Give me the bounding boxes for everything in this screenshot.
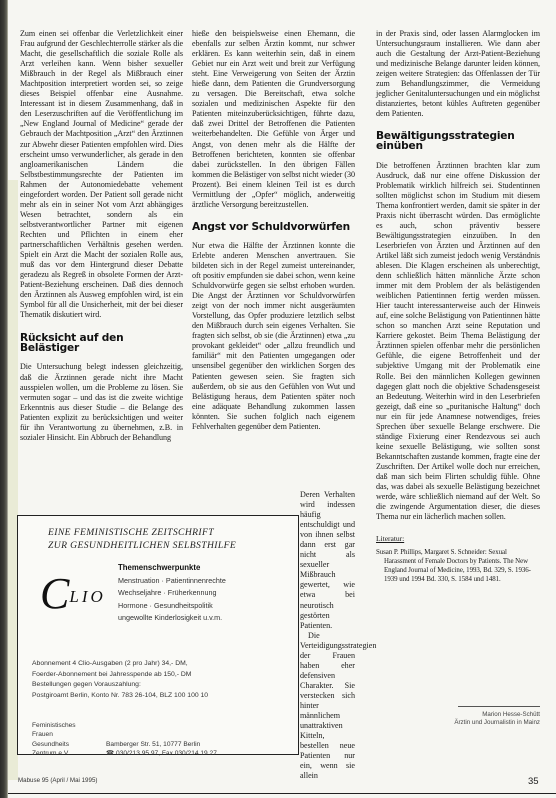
topic-item: Hormone · Gesundheitspolitik	[118, 600, 298, 613]
publisher-line: Frauen	[32, 730, 112, 739]
logo-initial: C	[40, 569, 69, 618]
section-heading-bewaeltigung: Bewältigungsstrategien einüben	[376, 131, 540, 151]
ad-topics: Themenschwerpunkte Menstruation · Patien…	[118, 562, 298, 625]
publisher-address: Bamberger Str. 51, 10777 Berlin ☎ 030/21…	[106, 740, 296, 759]
body-paragraph: Nur etwa die Hälfte der Ärztinnen konnte…	[192, 241, 355, 432]
topic-item: Wechseljahre · Früherkennung	[118, 587, 298, 600]
body-paragraph: Die betroffenen Ärztinnen brachten klar …	[376, 161, 540, 523]
ad-headline-line-2: zur gesundheitlichen Selbsthilfe	[48, 539, 298, 552]
subscription-line: Bestellungen gegen Vorauszahlung:	[32, 680, 292, 691]
subscription-line: Postgiroamt Berlin, Konto Nr. 783 26-104…	[32, 691, 292, 702]
subscription-line: Foerder-Abonnement bei Jahresspende ab 1…	[32, 670, 292, 681]
publisher-line: Gesundheits	[32, 740, 112, 749]
author-name: Marion Hesse-Schütt	[432, 711, 540, 719]
ad-headline: Eine feministische Zeitschrift zur gesun…	[48, 526, 298, 552]
subscription-line: Abonnement 4 Clio-Ausgaben (2 pro Jahr) …	[32, 659, 292, 670]
page-binding-shadow	[0, 0, 8, 798]
author-divider	[458, 706, 540, 707]
article-column-3: in der Praxis sind, oder lassen Alarmglo…	[376, 29, 540, 585]
publisher-name: Feministisches Frauen Gesundheits Zentru…	[32, 721, 112, 759]
section-heading-ruecksicht: Rücksicht auf den Belästiger	[20, 333, 183, 353]
literature-heading: Literatur:	[376, 534, 540, 544]
section-heading-angst: Angst vor Schuldvorwürfen	[192, 222, 355, 232]
article-column-2-narrow: Deren Verhalten wird indessen häufig ent…	[300, 490, 355, 781]
ad-subscription-info: Abonnement 4 Clio-Ausgaben (2 pro Jahr) …	[32, 659, 292, 701]
author-role: Ärztin und Journalistin in Mainz	[432, 719, 540, 727]
topics-title: Themenschwerpunkte	[118, 562, 298, 575]
phone-line: ☎ 030/213 95 97, Fax 030/214 19 27	[106, 749, 296, 758]
body-paragraph: Die Untersuchung belegt indessen gleichz…	[20, 362, 183, 442]
body-paragraph: hieße den beispielsweise einen Ehemann, …	[192, 29, 355, 210]
clio-advertisement: Eine feministische Zeitschrift zur gesun…	[17, 515, 299, 755]
issue-footer: Mabuse 95 (April / Mai 1995)	[18, 777, 97, 784]
publisher-line: Zentrum e.V.	[32, 749, 112, 758]
body-paragraph: in der Praxis sind, oder lassen Alarmglo…	[376, 29, 540, 119]
article-column-1: Zum einen sei offenbar die Verletzlichke…	[20, 29, 183, 443]
publisher-line: Feministisches	[32, 721, 112, 730]
page-number: 35	[528, 776, 539, 787]
article-column-2: hieße den beispielsweise einen Ehemann, …	[192, 29, 355, 432]
logo-rest: LIO	[69, 587, 105, 606]
author-credit: Marion Hesse-Schütt Ärztin und Journalis…	[432, 711, 540, 727]
literature-entry: Susan P. Phillips, Margaret S. Schneider…	[376, 549, 540, 585]
bottom-rule	[8, 793, 556, 794]
body-paragraph: Die Verteidigungsstrategien der Frauen h…	[300, 631, 355, 782]
ad-headline-line-1: Eine feministische Zeitschrift	[48, 526, 298, 539]
topic-item: ungewollte Kinderlosigkeit u.v.m.	[118, 612, 298, 625]
body-paragraph: Deren Verhalten wird indessen häufig ent…	[300, 490, 355, 631]
address-line: Bamberger Str. 51, 10777 Berlin	[106, 740, 296, 749]
topic-item: Menstruation · Patientinnenrechte	[118, 575, 298, 588]
clio-logo: CLIO	[40, 568, 106, 619]
body-paragraph: Zum einen sei offenbar die Verletzlichke…	[20, 29, 183, 320]
